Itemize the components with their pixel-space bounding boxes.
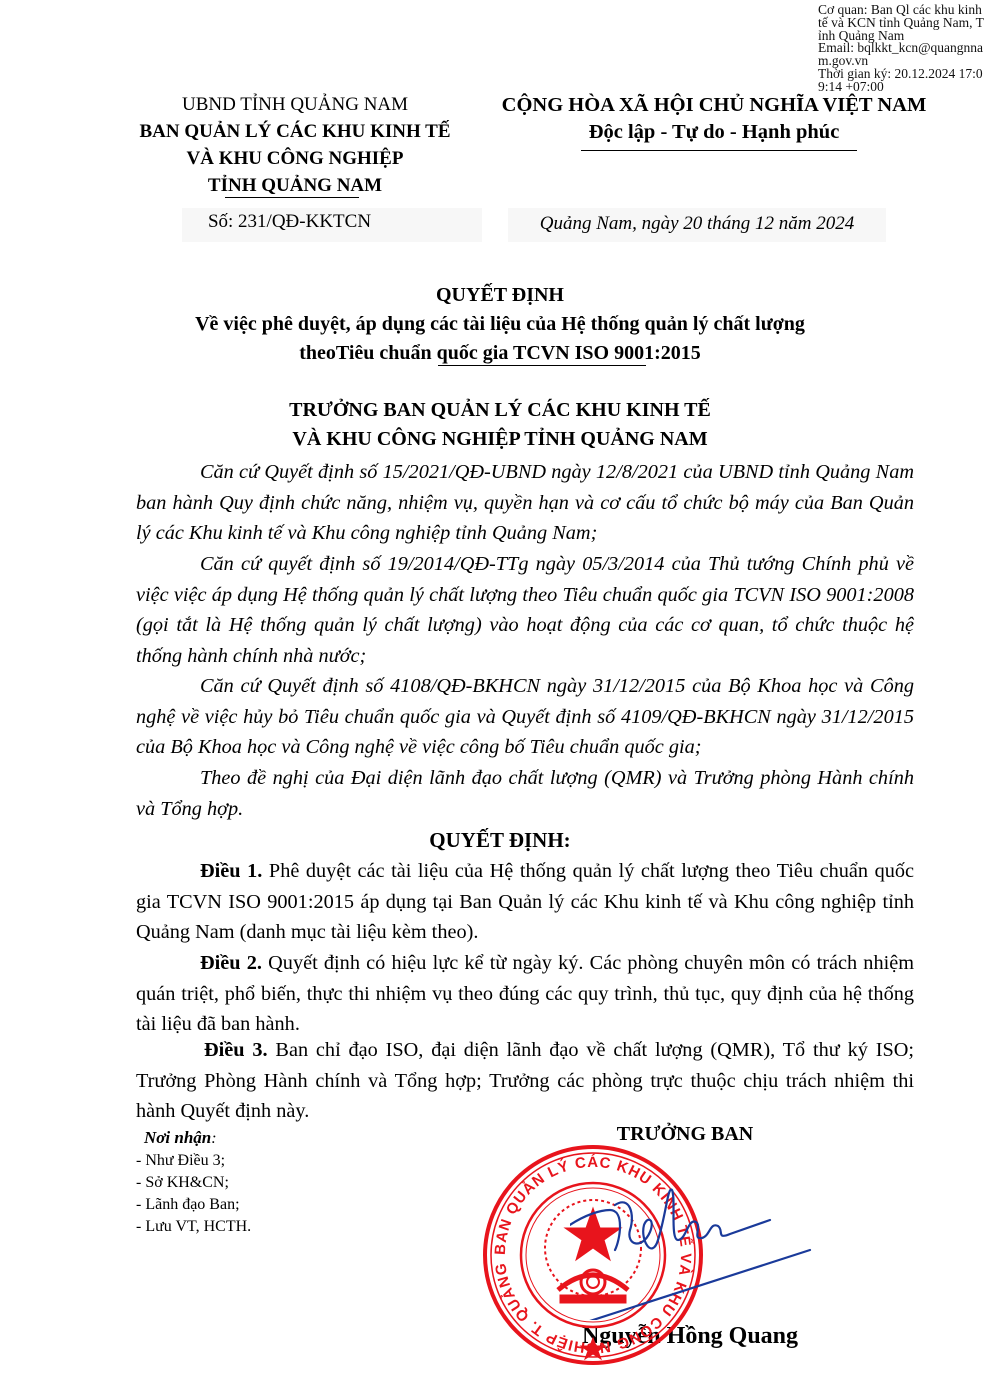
authority-line-2: VÀ KHU CÔNG NGHIỆP TỈNH QUẢNG NAM [100, 425, 900, 453]
agency-line-1: BAN QUẢN LÝ CÁC KHU KINH TẾ [100, 119, 490, 145]
issue-date: Quảng Nam, ngày 20 tháng 12 năm 2024 [508, 213, 886, 235]
sig-agency: Cơ quan: Ban Ql các khu kinh tế và KCN t… [818, 4, 984, 42]
digital-signature-info: Cơ quan: Ban Ql các khu kinh tế và KCN t… [818, 4, 984, 94]
doc-subject-line-1: Về việc phê duyệt, áp dụng các tài liệu … [100, 310, 900, 338]
subject-underline [438, 365, 646, 366]
authority-line-1: TRƯỞNG BAN QUẢN LÝ CÁC KHU KINH TẾ [100, 396, 900, 424]
doc-number: Số: 231/QĐ-KKTCN [182, 211, 397, 233]
preamble-paragraph: Căn cứ Quyết định số 4108/QĐ-BKHCN ngày … [136, 671, 914, 763]
decision-heading: QUYẾT ĐỊNH: [100, 826, 900, 854]
article-1: Điều 1. Phê duyệt các tài liệu của Hệ th… [136, 856, 914, 948]
doc-subject-line-2: theoTiêu chuẩn quốc gia TCVN ISO 9001:20… [100, 339, 900, 367]
article-2: Điều 2. Quyết định có hiệu lực kể từ ngà… [136, 948, 914, 1040]
handwritten-signature-icon [570, 1170, 830, 1320]
motto-underline [581, 150, 857, 151]
recipient-item: - Lưu VT, HCTH. [136, 1216, 251, 1238]
doc-type-heading: QUYẾT ĐỊNH [100, 281, 900, 309]
national-motto: Độc lập - Tự do - Hạnh phúc [488, 119, 940, 145]
article-label: Điều 2. [200, 952, 262, 974]
recipients-block: Nơi nhận: - Như Điều 3; - Sở KH&CN; - Lã… [136, 1127, 251, 1238]
recipients-heading: Nơi nhận [136, 1128, 211, 1147]
preamble-paragraph: Căn cứ quyết định số 19/2014/QĐ-TTg ngày… [136, 549, 914, 671]
national-title: CỘNG HÒA XÃ HỘI CHỦ NGHĨA VIỆT NAM [488, 92, 940, 118]
article-label: Điều 1. [200, 860, 262, 882]
recipient-item: - Sở KH&CN; [136, 1172, 251, 1194]
recipient-item: - Lãnh đạo Ban; [136, 1194, 251, 1216]
sig-email: Email: bqlkkt_kcn@quangnnam.gov.vn [818, 42, 984, 68]
agency-line-2: VÀ KHU CÔNG NGHIỆP [100, 146, 490, 172]
recipient-item: - Như Điều 3; [136, 1150, 251, 1172]
agency-line-3: TỈNH QUẢNG NAM [100, 173, 490, 199]
preamble-paragraph: Căn cứ Quyết định số 15/2021/QĐ-UBND ngà… [136, 457, 914, 549]
article-3: Điều 3. Ban chỉ đạo ISO, đại diện lãnh đ… [136, 1035, 914, 1127]
article-label: Điều 3. [204, 1039, 268, 1061]
sig-time: Thời gian ký: 20.12.2024 17:09:14 +07:00 [818, 68, 984, 94]
preamble-paragraph: Theo đề nghị của Đại diện lãnh đạo chất … [136, 763, 914, 824]
parent-agency: UBND TỈNH QUẢNG NAM [100, 92, 490, 118]
